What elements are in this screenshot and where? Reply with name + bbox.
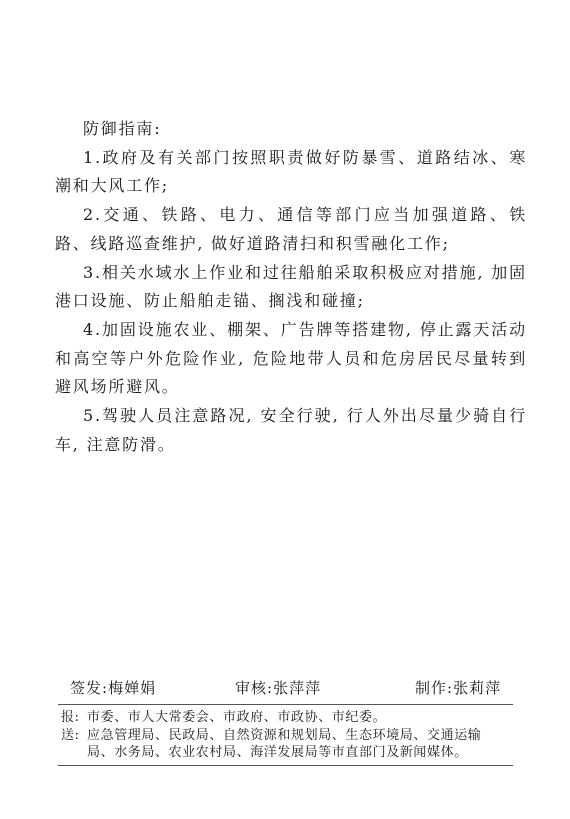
report-label: 报: — [61, 709, 87, 727]
report-recipients: 市委、市人大常委会、市政府、市政协、市纪委。 — [87, 709, 516, 727]
section-title: 防御指南: — [55, 115, 527, 144]
divider-bottom — [58, 765, 513, 766]
send-recipients-line-2: 局、水务局、农业农村局、海洋发展局等市直部门及新闻媒体。 — [61, 744, 516, 762]
reviewer-label: 审核: — [235, 679, 273, 697]
guideline-item-4: 4.加固设施农业、棚架、广告牌等搭建物, 停止露天活动和高空等户外危险作业, 危… — [55, 316, 527, 402]
defense-guidelines: 防御指南: 1.政府及有关部门按照职责做好防暴雪、道路结冰、寒潮和大风工作; 2… — [55, 115, 527, 459]
guideline-text: 加固设施农业、棚架、广告牌等搭建物, 停止露天活动和高空等户外危险作业, 危险地… — [55, 320, 527, 396]
reviewer-signature: 审核:张萍萍 — [235, 677, 321, 698]
guideline-text: 相关水域水上作业和过往船舶采取积极应对措施, 加固港口设施、防止船舶走锚、搁浅和… — [55, 263, 527, 311]
guideline-item-1: 1.政府及有关部门按照职责做好防暴雪、道路结冰、寒潮和大风工作; — [55, 144, 527, 201]
guideline-number: 3. — [83, 263, 102, 282]
guideline-item-3: 3.相关水域水上作业和过往船舶采取积极应对措施, 加固港口设施、防止船舶走锚、搁… — [55, 259, 527, 316]
producer-signature: 制作:张莉萍 — [415, 677, 501, 698]
issuer-name: 梅婵娟 — [108, 679, 156, 697]
send-to-row: 送: 应急管理局、民政局、自然资源和规划局、生态环境局、交通运输 — [61, 727, 516, 745]
signature-row: 签发:梅婵娟 审核:张萍萍 制作:张莉萍 — [0, 677, 570, 699]
divider-top — [58, 704, 513, 705]
guideline-item-2: 2.交通、铁路、电力、通信等部门应当加强道路、铁路、线路巡查维护, 做好道路清扫… — [55, 201, 527, 258]
report-to-row: 报: 市委、市人大常委会、市政府、市政协、市纪委。 — [61, 709, 516, 727]
send-recipients-line-1: 应急管理局、民政局、自然资源和规划局、生态环境局、交通运输 — [87, 727, 516, 745]
producer-name: 张莉萍 — [453, 679, 501, 697]
distribution-block: 报: 市委、市人大常委会、市政府、市政协、市纪委。 送: 应急管理局、民政局、自… — [61, 709, 516, 762]
producer-label: 制作: — [415, 679, 453, 697]
guideline-text: 交通、铁路、电力、通信等部门应当加强道路、铁路、线路巡查维护, 做好道路清扫和积… — [55, 205, 527, 253]
send-label: 送: — [61, 727, 87, 745]
reviewer-name: 张萍萍 — [273, 679, 321, 697]
issuer-signature: 签发:梅婵娟 — [70, 677, 156, 698]
guideline-text: 政府及有关部门按照职责做好防暴雪、道路结冰、寒潮和大风工作; — [55, 148, 527, 196]
guideline-number: 5. — [83, 406, 102, 425]
guideline-number: 2. — [83, 205, 102, 224]
guideline-text: 驾驶人员注意路况, 安全行驶, 行人外出尽量少骑自行车, 注意防滑。 — [55, 406, 527, 454]
issuer-label: 签发: — [70, 679, 108, 697]
guideline-number: 1. — [83, 148, 102, 167]
document-page: 防御指南: 1.政府及有关部门按照职责做好防暴雪、道路结冰、寒潮和大风工作; 2… — [0, 0, 570, 819]
guideline-item-5: 5.驾驶人员注意路况, 安全行驶, 行人外出尽量少骑自行车, 注意防滑。 — [55, 402, 527, 459]
guideline-number: 4. — [83, 320, 102, 339]
